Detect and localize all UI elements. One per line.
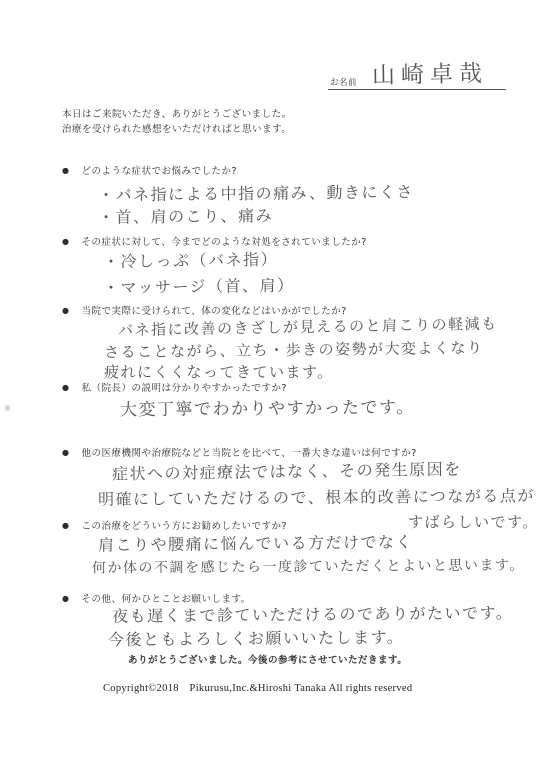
question-6: ●この治療をどういう方にお勧めしたいですか? (62, 518, 287, 532)
answer-2-line-1: ・冷しっぷ（バネ指） (103, 247, 278, 272)
bullet-icon: ● (62, 166, 69, 175)
answer-7-line-1: 夜も遅くまで診ていただけるのでありがたいです。 (112, 600, 513, 627)
answer-3-line-3: 疲れにくくなってきています。 (104, 361, 334, 382)
scanned-questionnaire-page: お名前 山崎卓哉 本日はご来院いただき、ありがとうございました。 治療を受けられ… (0, 0, 540, 764)
bullet-icon: ● (62, 448, 69, 457)
question-3: ●当院で実際に受けられて、体の変化などはいかがでしたか? (62, 303, 347, 317)
answer-1-line-1: ・バネ指による中指の痛み、動きにくさ (98, 179, 414, 205)
answer-1-line-2: ・首、肩のこり、痛み (98, 203, 273, 228)
name-field-value: 山崎卓哉 (372, 55, 489, 90)
question-1: ●どのような症状でお悩みでしたか? (62, 163, 237, 177)
answer-5-line-2: 明確にしていただけるので、根本的改善につながる点が (98, 483, 535, 510)
bullet-icon: ● (62, 383, 69, 392)
bullet-icon: ● (62, 594, 69, 603)
bullet-icon: ● (62, 521, 69, 530)
answer-6-line-1: 肩こりや腰痛に悩んでいる方だけでなく (98, 529, 413, 555)
copyright-line: Copyright©2018 Pikurusu,Inc.&Hiroshi Tan… (103, 680, 412, 695)
closing-note: ありがとうございました。今後の参考にさせていただきます。 (128, 652, 407, 666)
answer-5-line-1: 症状への対症療法ではなく、その発生原因を (112, 457, 462, 485)
question-2-label: その症状に対して、今までどのような対処をされていましたか? (81, 237, 366, 248)
bullet-icon: ● (62, 237, 69, 246)
intro-line: 治療を受けられた感想をいただければと思います。 (62, 121, 291, 135)
question-5: ●他の医療機関や治療院などと当院とを比べて、一番大きな違いは何ですか? (62, 445, 417, 459)
name-field-underline (328, 89, 506, 90)
answer-5-line-3: すばらしいです。 (408, 511, 539, 532)
answer-3-line-2: さることながら、立ち・歩きの姿勢が大変よくなり (104, 337, 484, 363)
name-field-label: お名前 (330, 76, 357, 88)
question-1-label: どのような症状でお悩みでしたか? (81, 166, 237, 177)
answer-7-line-2: 今後ともよろしくお願いいたします。 (108, 625, 404, 651)
question-4: ●私（院長）の説明は分かりやすかったですか? (62, 380, 287, 394)
answer-2-line-2: ・マッサージ（首、肩） (103, 273, 295, 299)
bullet-icon: ● (62, 306, 69, 315)
intro-line: 本日はご来院いただき、ありがとうございました。 (62, 106, 292, 120)
question-2: ●その症状に対して、今までどのような対処をされていましたか? (62, 234, 367, 248)
scan-artifact (5, 405, 10, 411)
answer-6-line-2: 何か体の不調を感じたら一度診ていただくとよいと思います。 (92, 554, 525, 577)
question-4-label: 私（院長）の説明は分かりやすかったですか? (81, 383, 287, 394)
answer-4-line-1: 大変丁寧でわかりやすかったです。 (120, 393, 415, 421)
